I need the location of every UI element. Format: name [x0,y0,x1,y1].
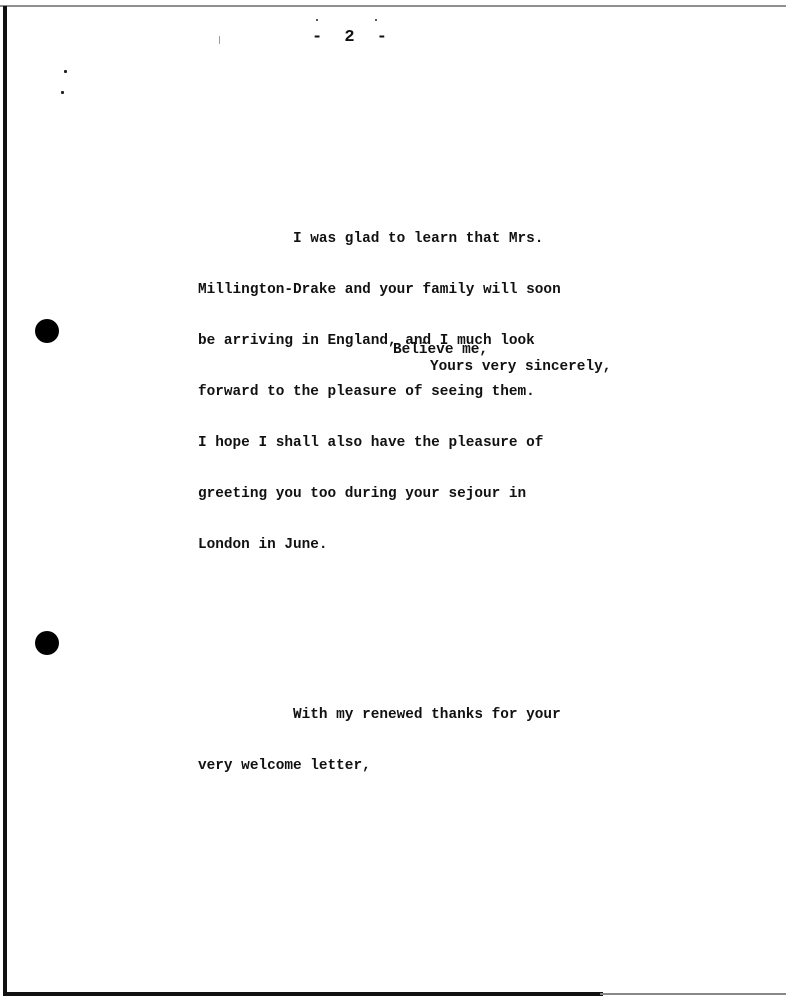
scan-speck [316,19,318,21]
scan-speck [375,19,377,21]
text-line: With my renewed thanks for your [198,707,561,724]
text-line: London in June. [198,537,561,554]
page-number: - 2 - [312,28,393,47]
paragraph-2: With my renewed thanks for your very wel… [198,673,561,809]
scan-bottom-border-faint [600,993,786,995]
closing-valediction: Yours very sincerely, [430,359,611,375]
scan-speck [64,70,67,73]
scan-speck [61,91,64,94]
text-line: greeting you too during your sejour in [198,486,561,503]
scan-speck [219,36,220,44]
text-line: I hope I shall also have the pleasure of [198,435,561,452]
text-line: I was glad to learn that Mrs. [198,231,561,248]
punch-hole [35,319,59,343]
scan-bottom-border [3,992,603,996]
text-line: be arriving in England, and I much look [198,333,561,350]
closing-salutation: Believe me, [393,342,488,358]
punch-hole [35,631,59,655]
letter-body: I was glad to learn that Mrs. Millington… [198,163,561,826]
text-line: forward to the pleasure of seeing them. [198,384,561,401]
scan-left-border [3,6,7,996]
text-line: Millington-Drake and your family will so… [198,282,561,299]
scan-top-edge [0,5,786,7]
paragraph-1: I was glad to learn that Mrs. Millington… [198,197,561,588]
text-line: very welcome letter, [198,758,561,775]
